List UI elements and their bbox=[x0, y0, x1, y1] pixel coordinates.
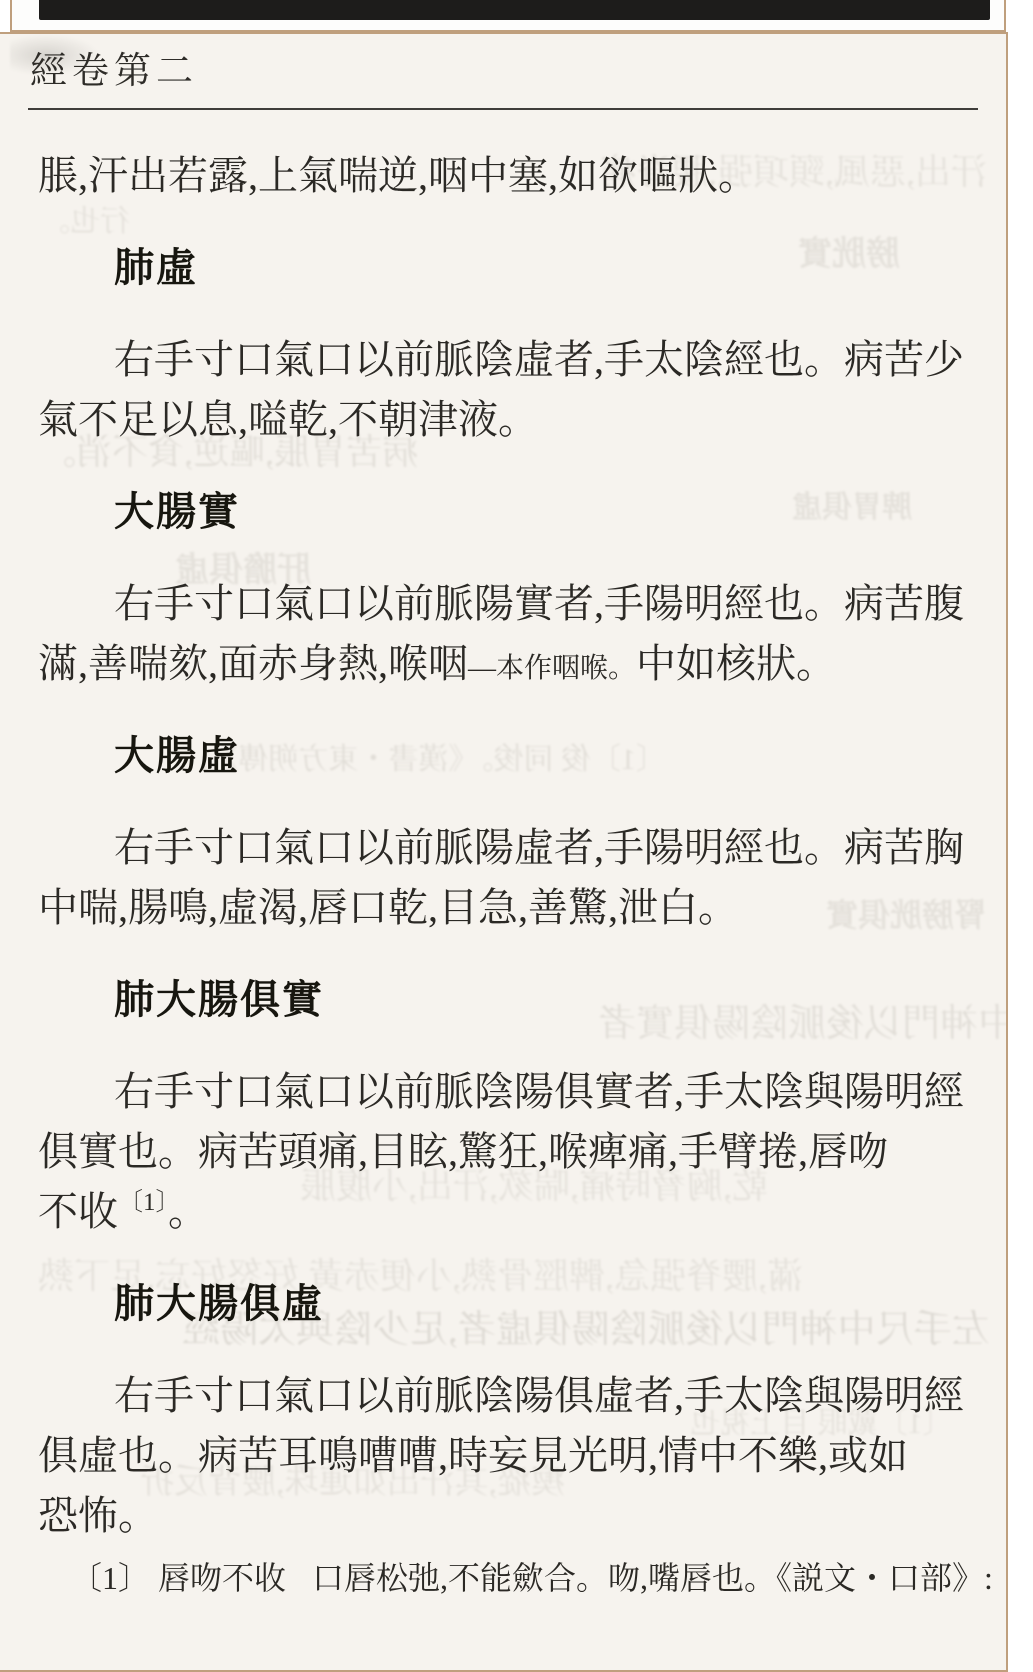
paragraph-line: 中喘,腸鳴,虛渴,唇口乾,目急,善驚,泄白。 bbox=[38, 878, 978, 938]
paragraph-line-with-note: 滿,善喘欬,面赤身熱,喉咽—本作咽喉。中如核狀。 bbox=[38, 634, 978, 694]
footnote: 〔1〕唇吻不收口唇松弛,不能歛合。吻,嘴唇也。《説文・口部》: bbox=[70, 1552, 978, 1600]
page-content: 經卷第二 脹,汗出若露,上氣喘逆,咽中塞,如欲嘔狀。 肺虛 右手寸口氣口以前脈陰… bbox=[0, 34, 1006, 1600]
footnote-marker: 〔1〕 bbox=[70, 1560, 150, 1596]
section-paragraph: 右手寸口氣口以前脈陽實者,手陽明經也。病苦腹 滿,善喘欬,面赤身熱,喉咽—本作咽… bbox=[38, 574, 978, 694]
paragraph-line: 右手寸口氣口以前脈陽虛者,手陽明經也。病苦胸 bbox=[114, 818, 978, 878]
section-heading-feixu: 肺虛 bbox=[114, 238, 978, 298]
paragraph-line: 右手寸口氣口以前脈陰陽俱虛者,手太陰與陽明經 bbox=[114, 1366, 978, 1426]
paragraph-line: 右手寸口氣口以前脈陰陽俱實者,手太陰與陽明經 bbox=[114, 1062, 978, 1122]
footnote-reference: 〔1〕 bbox=[118, 1189, 168, 1216]
section-paragraph: 右手寸口氣口以前脈陰陽俱虛者,手太陰與陽明經 俱虛也。病苦耳鳴嘈嘈,時妄見光明,… bbox=[38, 1366, 978, 1546]
inline-variant-note: —本作咽喉。 bbox=[468, 653, 636, 684]
section-paragraph: 右手寸口氣口以前脈陽虛者,手陽明經也。病苦胸 中喘,腸鳴,虛渴,唇口乾,目急,善… bbox=[38, 818, 978, 938]
paragraph-line: 俱虛也。病苦耳鳴嘈嘈,時妄見光明,情中不樂,或如 bbox=[38, 1426, 978, 1486]
section-heading-dachangshi: 大腸實 bbox=[114, 482, 978, 542]
footnote-term: 唇吻不收 bbox=[158, 1560, 286, 1596]
previous-page-black-banner bbox=[39, 0, 990, 20]
section-heading-dachangxu: 大腸虛 bbox=[114, 726, 978, 786]
footnote-text: 口唇松弛,不能歛合。吻,嘴唇也。《説文・口部》: bbox=[312, 1560, 993, 1596]
section-paragraph: 右手寸口氣口以前脈陰陽俱實者,手太陰與陽明經 俱實也。病苦頭痛,目眩,驚狂,喉痺… bbox=[38, 1062, 978, 1242]
paragraph-line: 俱實也。病苦頭痛,目眩,驚狂,喉痺痛,手臂捲,唇吻 bbox=[38, 1122, 978, 1182]
opening-line: 脹,汗出若露,上氣喘逆,咽中塞,如欲嘔狀。 bbox=[38, 146, 978, 206]
line-tail-text: 中如核狀。 bbox=[636, 641, 836, 686]
line-tail-text: 。 bbox=[168, 1189, 208, 1234]
previous-page-frame bbox=[10, 0, 1006, 32]
line-main-text: 滿,善喘欬,面赤身熱,喉咽 bbox=[38, 641, 468, 686]
paragraph-line: 恐怖。 bbox=[38, 1486, 978, 1546]
paragraph-line: 右手寸口氣口以前脈陰虛者,手太陰經也。病苦少 bbox=[114, 330, 978, 390]
paragraph-line: 右手寸口氣口以前脈陽實者,手陽明經也。病苦腹 bbox=[114, 574, 978, 634]
line-main-text: 不收 bbox=[38, 1189, 118, 1234]
section-heading-feidachangjuxu: 肺大腸俱虛 bbox=[114, 1274, 978, 1334]
section-heading-feidachangjushi: 肺大腸俱實 bbox=[114, 970, 978, 1030]
header-rule bbox=[28, 108, 978, 110]
section-paragraph: 右手寸口氣口以前脈陰虛者,手太陰經也。病苦少 氣不足以息,嗌乾,不朝津液。 bbox=[38, 330, 978, 450]
page-frame: 經卷第二 脹,汗出若露,上氣喘逆,咽中塞,如欲嘔狀。 肺虛 右手寸口氣口以前脈陰… bbox=[0, 32, 1008, 1600]
page-header-title: 經卷第二 bbox=[30, 48, 978, 96]
paragraph-line-with-footnote-ref: 不收〔1〕。 bbox=[38, 1182, 978, 1242]
paragraph-line: 氣不足以息,嗌乾,不朝津液。 bbox=[38, 390, 978, 450]
